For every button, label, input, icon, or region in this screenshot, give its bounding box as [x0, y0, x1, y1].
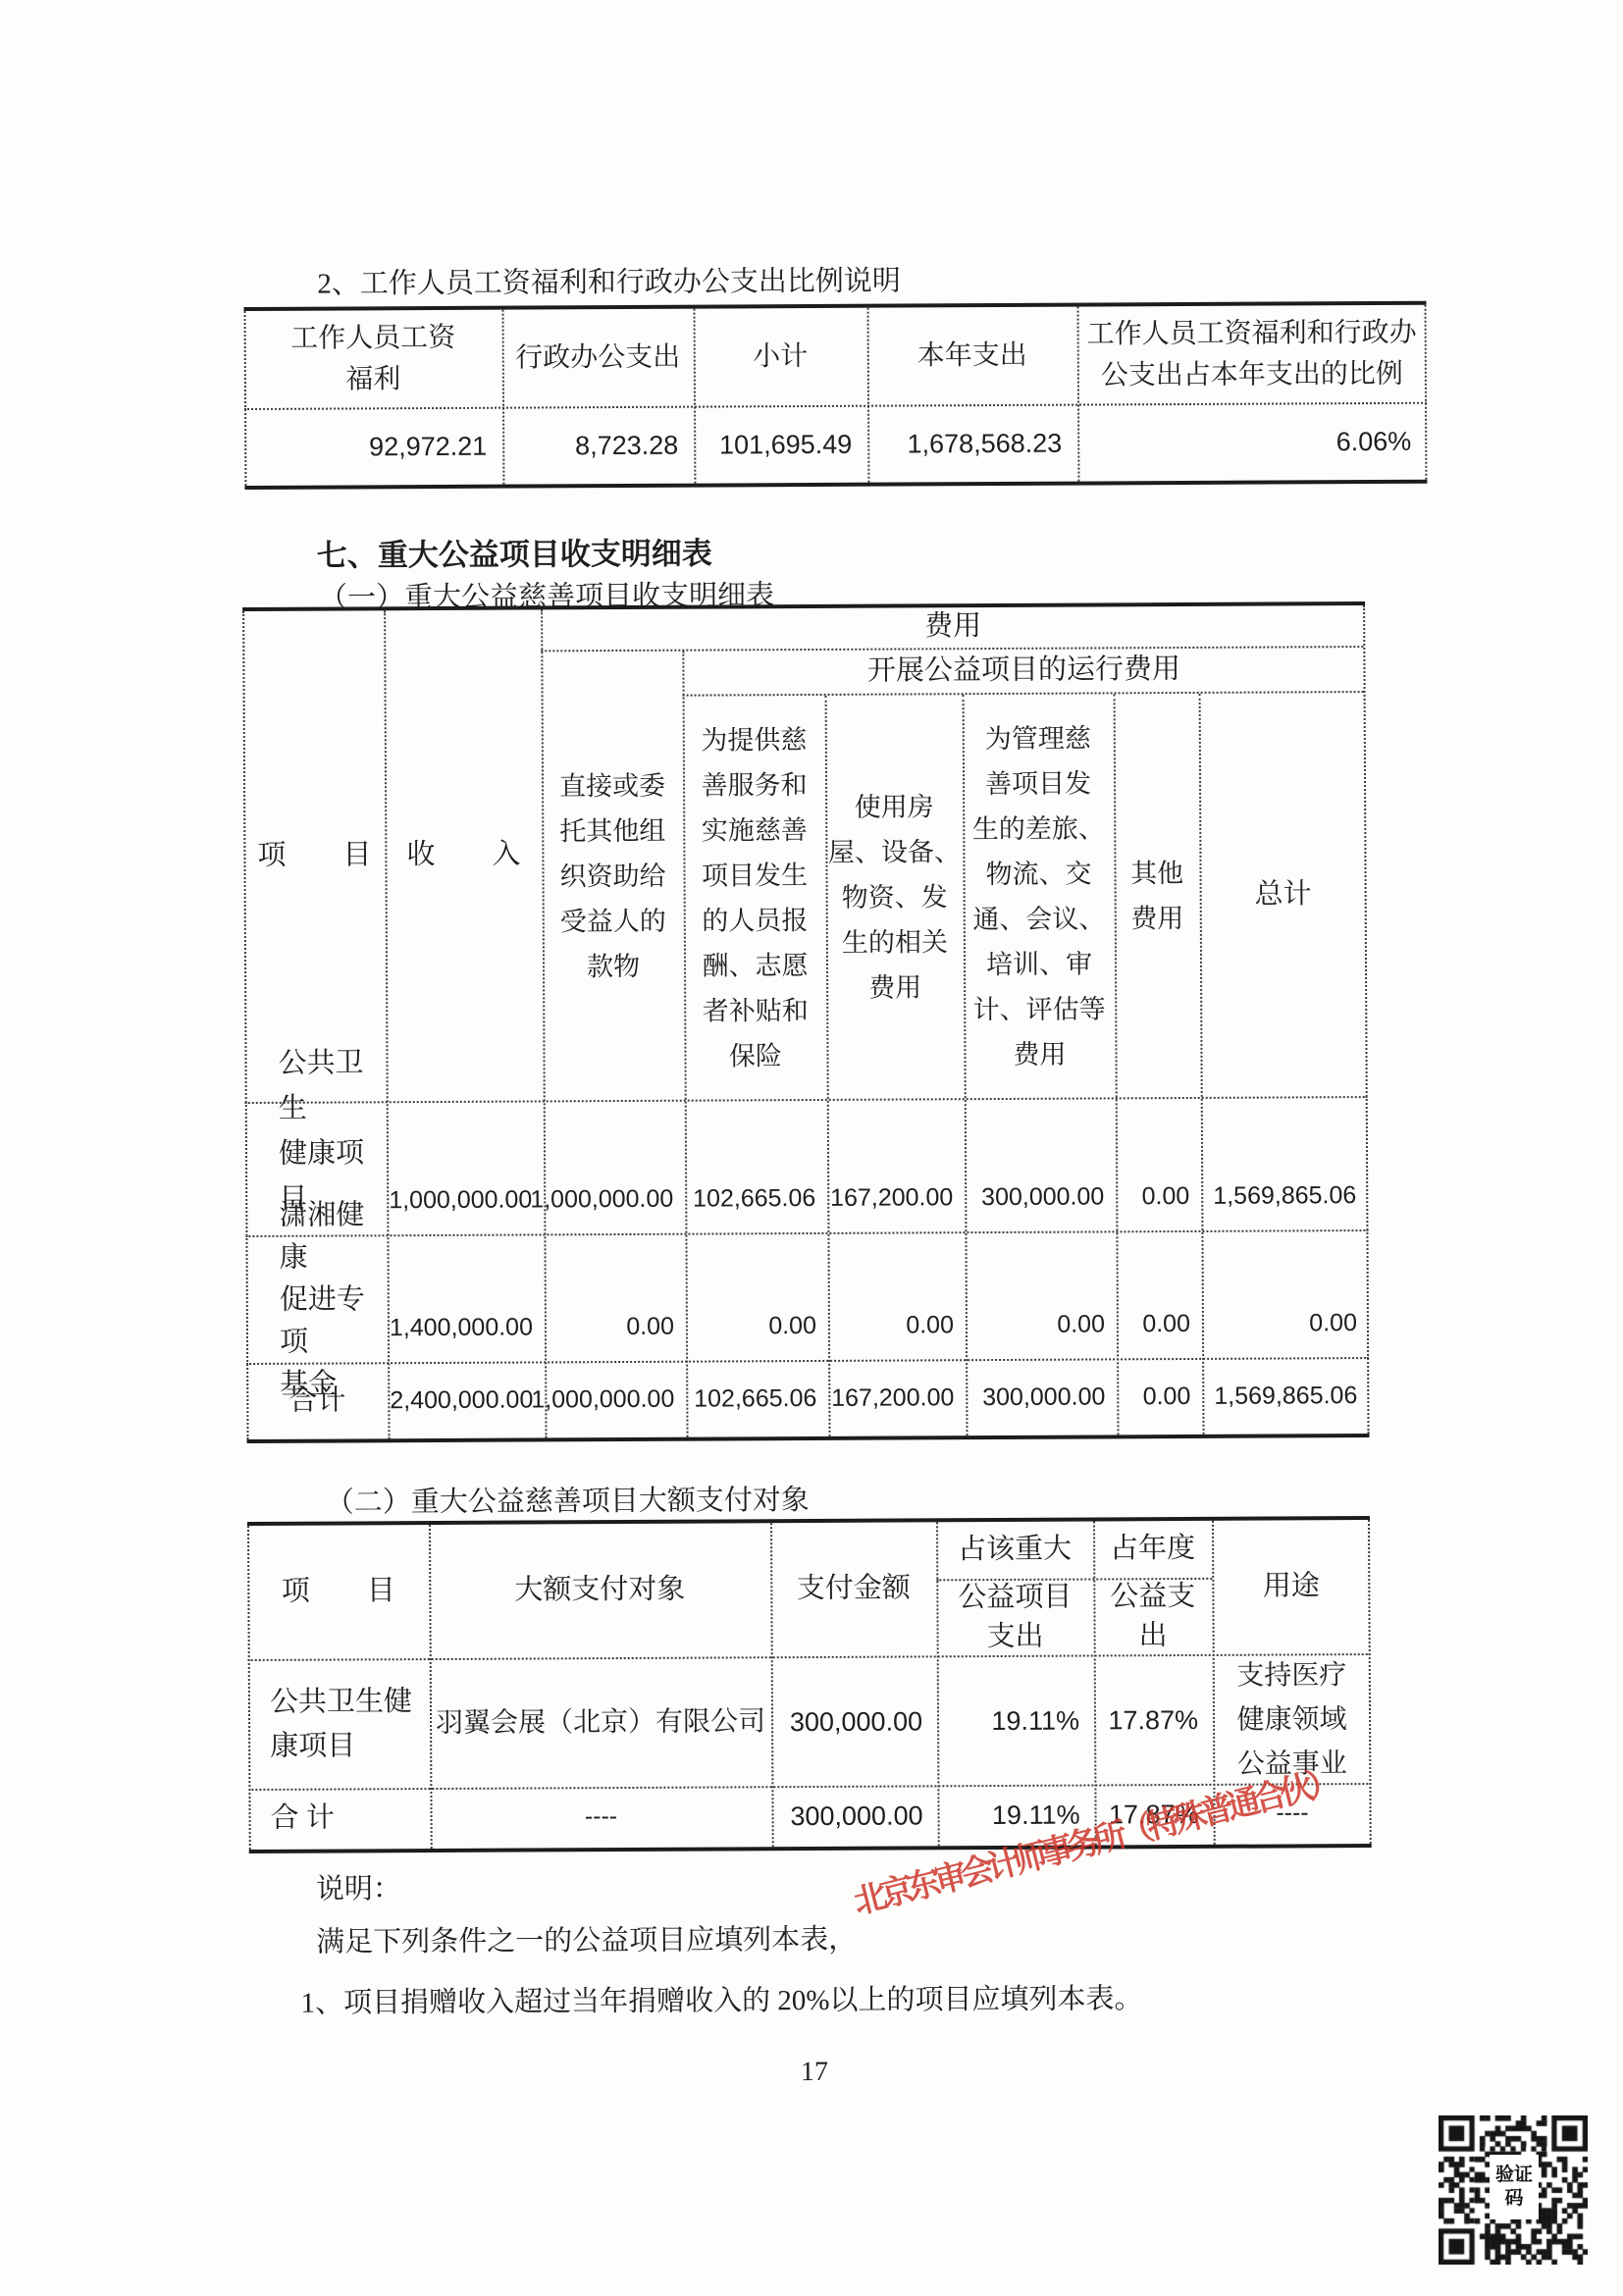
salary-header-cell: 行政办公支出	[502, 309, 695, 408]
salary-header-cell: 工作人员工资福利和行政办 公支出占本年支出的比例	[1077, 305, 1428, 405]
salary-value-cell: 6.06%	[1077, 403, 1427, 482]
fee-group-header: 费用	[541, 603, 1365, 650]
notes-label: 说明：	[316, 1866, 401, 1906]
project-value-cell: 0.00	[1116, 1232, 1202, 1358]
salary-ratio-table: 工作人员工资 福利 行政办公支出 小计 本年支出 工作人员工资福利和行政办 公支…	[0, 0, 1617, 4]
project-row-name: 潇湘健康 促进专项 基金	[245, 1236, 388, 1363]
payment-project-header: 项 目	[247, 1525, 430, 1659]
payment-purpose-header: 用途	[1212, 1520, 1371, 1654]
project-total-cell: 300,000.00	[966, 1360, 1117, 1435]
payment-payee-cell: 羽翼会展（北京）有限公司	[430, 1658, 772, 1788]
project-value-cell: 0.00	[1116, 1099, 1202, 1230]
project-value-cell: 0.00	[965, 1232, 1117, 1359]
payment-payee-header: 大额支付对象	[429, 1523, 771, 1658]
share-year-header-top: 占年度	[1093, 1521, 1212, 1579]
project-value-cell: 1,569,865.06	[1201, 1098, 1369, 1230]
salary-value-cell: 101,695.49	[694, 406, 867, 484]
management-cost-header: 为管理慈 善项目发 生的差旅、 物流、交 通、会议、 培训、审 计、评估等 费用	[963, 694, 1116, 1098]
payment-amount-cell: 300,000.00	[771, 1785, 937, 1847]
project-value-cell: 0.00	[544, 1235, 686, 1362]
project-col-header: 项 目	[242, 610, 387, 1102]
project-value-cell: 0.00	[827, 1233, 966, 1360]
other-cost-header: 其他 费用	[1114, 694, 1201, 1097]
project-total-cell: 2,400,000.00	[388, 1363, 545, 1438]
project-value-cell: 0.00	[1201, 1231, 1369, 1358]
project-total-label: 合计	[246, 1364, 388, 1439]
facility-cost-header: 使用房 屋、设备、 物资、发 生的相关 费用	[825, 695, 965, 1099]
project-total-cell: 102,665.06	[686, 1362, 828, 1437]
project-value-cell: 0.00	[685, 1234, 828, 1361]
qr-code: 验证 码	[1439, 2115, 1588, 2265]
salary-value-cell: 1,678,568.23	[867, 405, 1077, 483]
project-value-cell: 1,000,000.00	[387, 1102, 545, 1234]
salary-header-cell: 本年支出	[867, 307, 1078, 406]
heading-sub-two: （二）重大公益慈善项目大额支付对象	[326, 1478, 810, 1521]
project-value-cell: 1,000,000.00	[544, 1102, 686, 1234]
income-col-header: 收 入	[384, 609, 544, 1101]
heading-major-projects: 七、重大公益项目收支明细表	[317, 529, 712, 575]
project-total-cell: 1,000,000.00	[545, 1363, 686, 1438]
project-total-cell: 167,200.00	[828, 1361, 966, 1436]
payment-table: 项 目 大额支付对象 支付金额 占该重大 公益项目 支出 占年度 公益支 出 用…	[0, 0, 1617, 4]
notes-line: 1、项目捐赠收入超过当年捐赠收入的 20%以上的项目应填列本表。	[300, 1976, 1142, 2020]
payment-payee-cell: ----	[430, 1786, 771, 1849]
project-detail-table: 项 目 收 入 费用 开展公益项目的运行费用 直接或委 托其他组 织资助给 受益…	[0, 0, 1617, 4]
service-cost-header: 为提供慈 善服务和 实施慈善 项目发生 的人员报 酬、志愿 者补贴和 保险	[683, 696, 827, 1100]
payment-row-name: 公共卫生健 康项目	[248, 1660, 431, 1789]
total-col-header: 总计	[1199, 693, 1368, 1097]
share-major-header-bottom: 公益项目 支出	[936, 1579, 1093, 1656]
share-major-header-top: 占该重大	[936, 1522, 1093, 1580]
direct-grant-header: 直接或委 托其他组 织资助给 受益人的 款物	[541, 652, 684, 1101]
project-value-cell: 102,665.06	[685, 1101, 828, 1233]
project-value-cell: 167,200.00	[827, 1100, 966, 1232]
page-content: 2、工作人员工资福利和行政办公支出比例说明 工作人员工资 福利 行政办公支出 小…	[0, 0, 1623, 2296]
payment-share-cell: 19.11%	[937, 1657, 1095, 1786]
salary-header-cell: 工作人员工资 福利	[244, 310, 503, 409]
heading-salary-ratio: 2、工作人员工资福利和行政办公支出比例说明	[317, 259, 901, 302]
document-page: 2、工作人员工资福利和行政办公支出比例说明 工作人员工资 福利 行政办公支出 小…	[0, 0, 1623, 2296]
operating-fee-group-header: 开展公益项目的运行费用	[682, 648, 1365, 695]
payment-amount-cell: 300,000.00	[771, 1657, 938, 1786]
project-total-cell: 1,569,865.06	[1202, 1359, 1369, 1435]
share-year-header-bottom: 公益支 出	[1093, 1578, 1212, 1655]
qr-label-line: 验证	[1495, 2164, 1533, 2187]
project-total-cell: 0.00	[1117, 1360, 1202, 1435]
payment-share-cell: 17.87%	[1094, 1656, 1214, 1785]
project-value-cell: 1,400,000.00	[387, 1235, 545, 1362]
salary-value-cell: 92,972.21	[244, 408, 502, 486]
salary-header-cell: 小计	[694, 308, 868, 407]
page-number: 17	[731, 2057, 898, 2089]
notes-line: 满足下列条件之一的公益项目应填列本表，	[316, 1917, 857, 1960]
salary-value-cell: 8,723.28	[502, 407, 694, 485]
project-value-cell: 300,000.00	[965, 1099, 1117, 1231]
payment-total-label: 合 计	[248, 1788, 430, 1850]
payment-amount-header: 支付金额	[770, 1522, 937, 1656]
qr-label-line: 码	[1504, 2187, 1523, 2211]
qr-center-label: 验证 码	[1490, 2155, 1539, 2219]
